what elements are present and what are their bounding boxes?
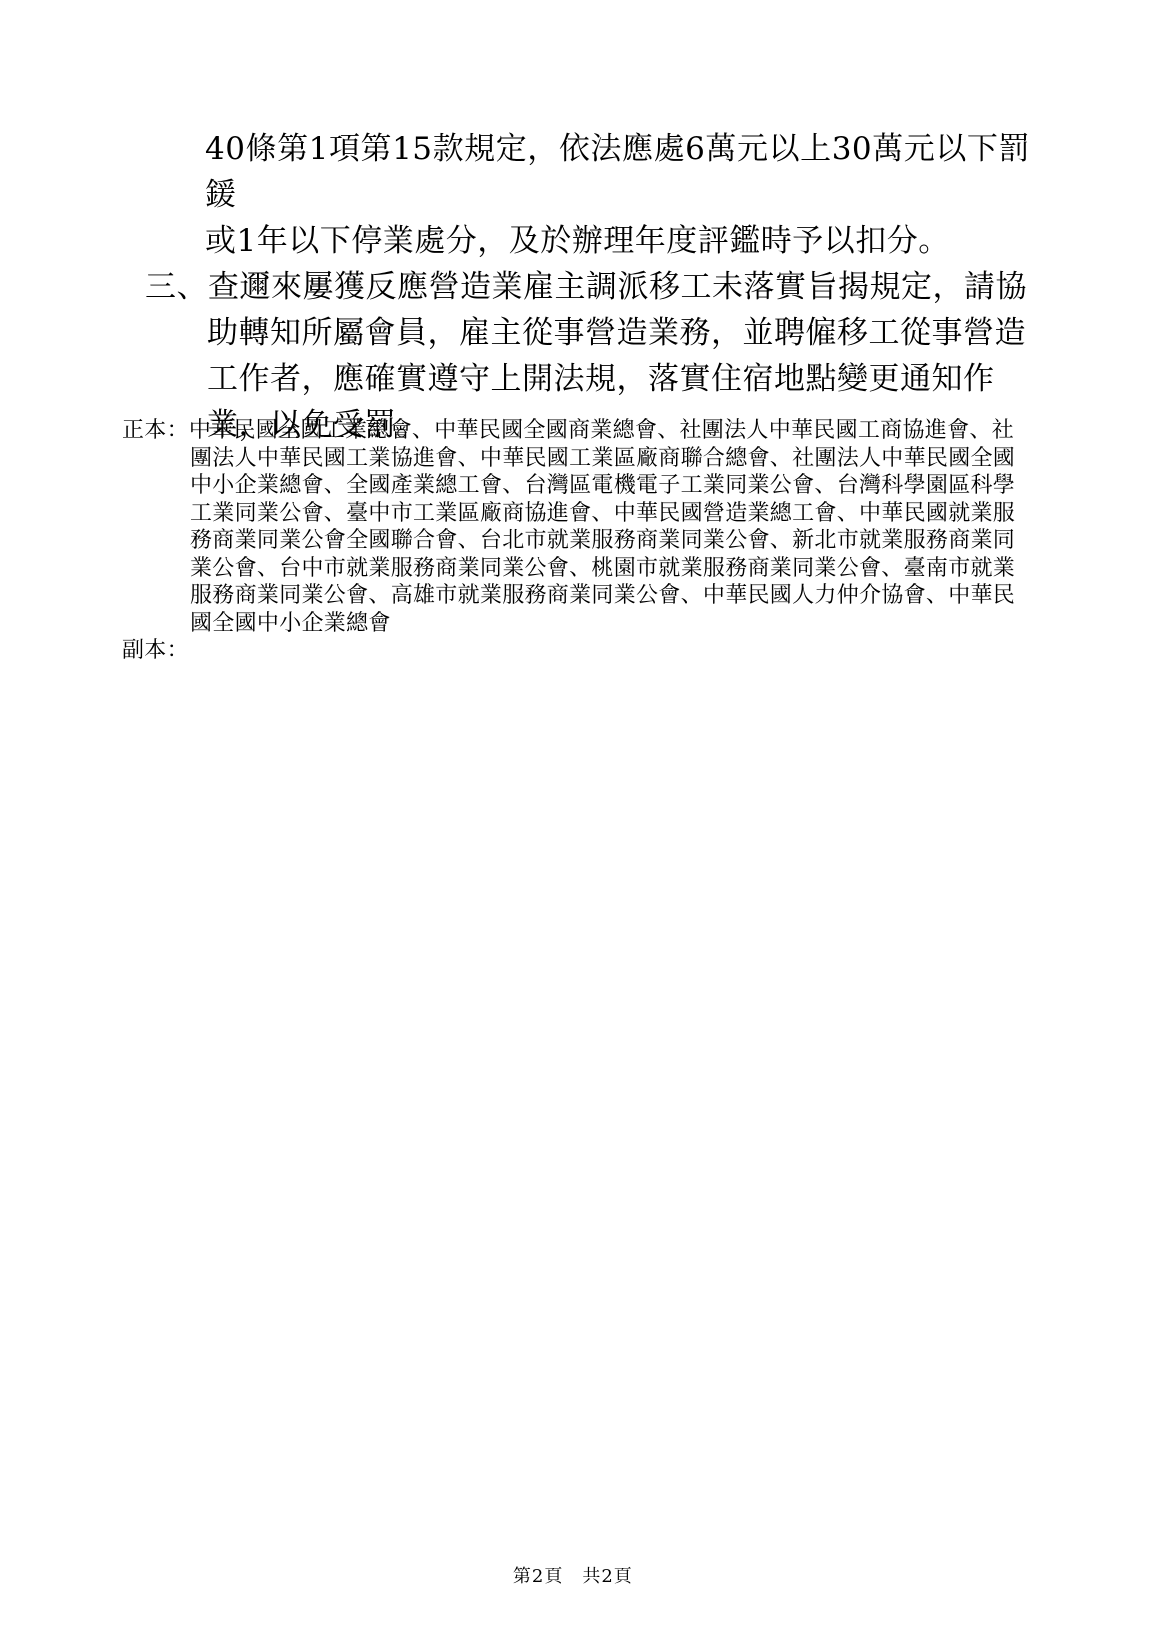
page-footer: 第2頁 共2頁 [486,1541,633,1609]
original-recipients-list: 中華民國全國工業總會、中華民國全國商業總會、社團法人中華民國工商協進會、社 團法… [189,418,1015,636]
distribution-block: 正本：中華民國全國工業總會、中華民國全國商業總會、社團法人中華民國工商協進會、社… [122,417,1027,665]
copy-recipients-row: 副本： [122,637,1027,665]
document-page: 40條第1項第15款規定，依法應處6萬元以上30萬元以下罰鍰 或1年以下停業處分… [0,0,1150,1627]
item-two-continuation-text: 40條第1項第15款規定，依法應處6萬元以上30萬元以下罰鍰 或1年以下停業處分… [205,126,1030,264]
original-recipients-row: 正本：中華民國全國工業總會、中華民國全國商業總會、社團法人中華民國工商協進會、社… [122,417,1027,637]
body-text-block: 40條第1項第15款規定，依法應處6萬元以上30萬元以下罰鍰 或1年以下停業處分… [145,126,1030,448]
item-three-number: 三、 [145,269,208,305]
copy-recipients-label: 副本： [122,638,189,663]
page-indicator: 第2頁 共2頁 [513,1566,633,1587]
original-recipients-label: 正本： [122,418,189,443]
